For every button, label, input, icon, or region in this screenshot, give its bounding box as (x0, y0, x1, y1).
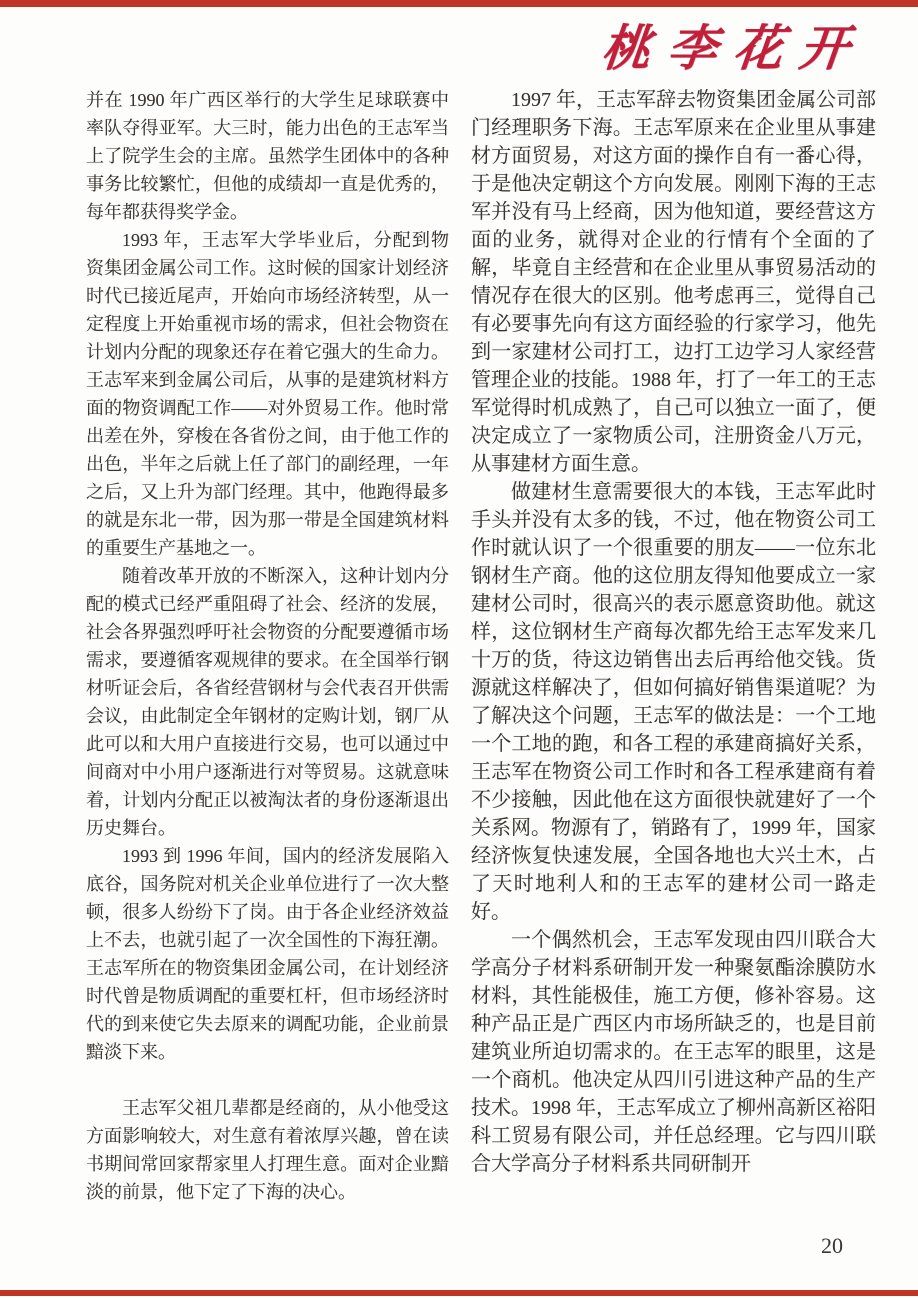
masthead-calligraphy-title: 桃李花开 (598, 10, 869, 80)
top-red-rule (0, 0, 918, 7)
paragraph: 王志军父祖几辈都是经商的，从小他受这方面影响较大，对生意有着浓厚兴趣，曾在读书期… (86, 1094, 449, 1206)
paragraph: 做建材生意需要很大的本钱，王志军此时手头并没有太多的钱，不过，他在物资公司工作时… (471, 478, 876, 926)
paragraph: 一个偶然机会，王志军发现由四川联合大学高分子材料系研制开发一种聚氨酯涂膜防水材料… (471, 926, 876, 1178)
bottom-red-rule (0, 1290, 918, 1296)
text-column-right: 1997 年，王志军辞去物资集团金属公司部门经理职务下海。王志军原来在企业里从事… (471, 86, 876, 1178)
paragraph: 1993 到 1996 年间，国内的经济发展陷入底谷，国务院对机关企业单位进行了… (86, 842, 449, 1066)
paragraph: 1993 年，王志军大学毕业后，分配到物资集团金属公司工作。这时候的国家计划经济… (86, 226, 449, 562)
paragraph: 并在 1990 年广西区举行的大学生足球联赛中率队夺得亚军。大三时，能力出色的王… (86, 86, 449, 226)
paragraph: 随着改革开放的不断深入，这种计划内分配的模式已经严重阻碍了社会、经济的发展，社会… (86, 562, 449, 842)
page-number: 20 (808, 1233, 856, 1259)
text-column-left: 并在 1990 年广西区举行的大学生足球联赛中率队夺得亚军。大三时，能力出色的王… (86, 86, 449, 1206)
paragraph: 1997 年，王志军辞去物资集团金属公司部门经理职务下海。王志军原来在企业里从事… (471, 86, 876, 478)
book-page: 桃李花开 并在 1990 年广西区举行的大学生足球联赛中率队夺得亚军。大三时，能… (0, 0, 918, 1298)
